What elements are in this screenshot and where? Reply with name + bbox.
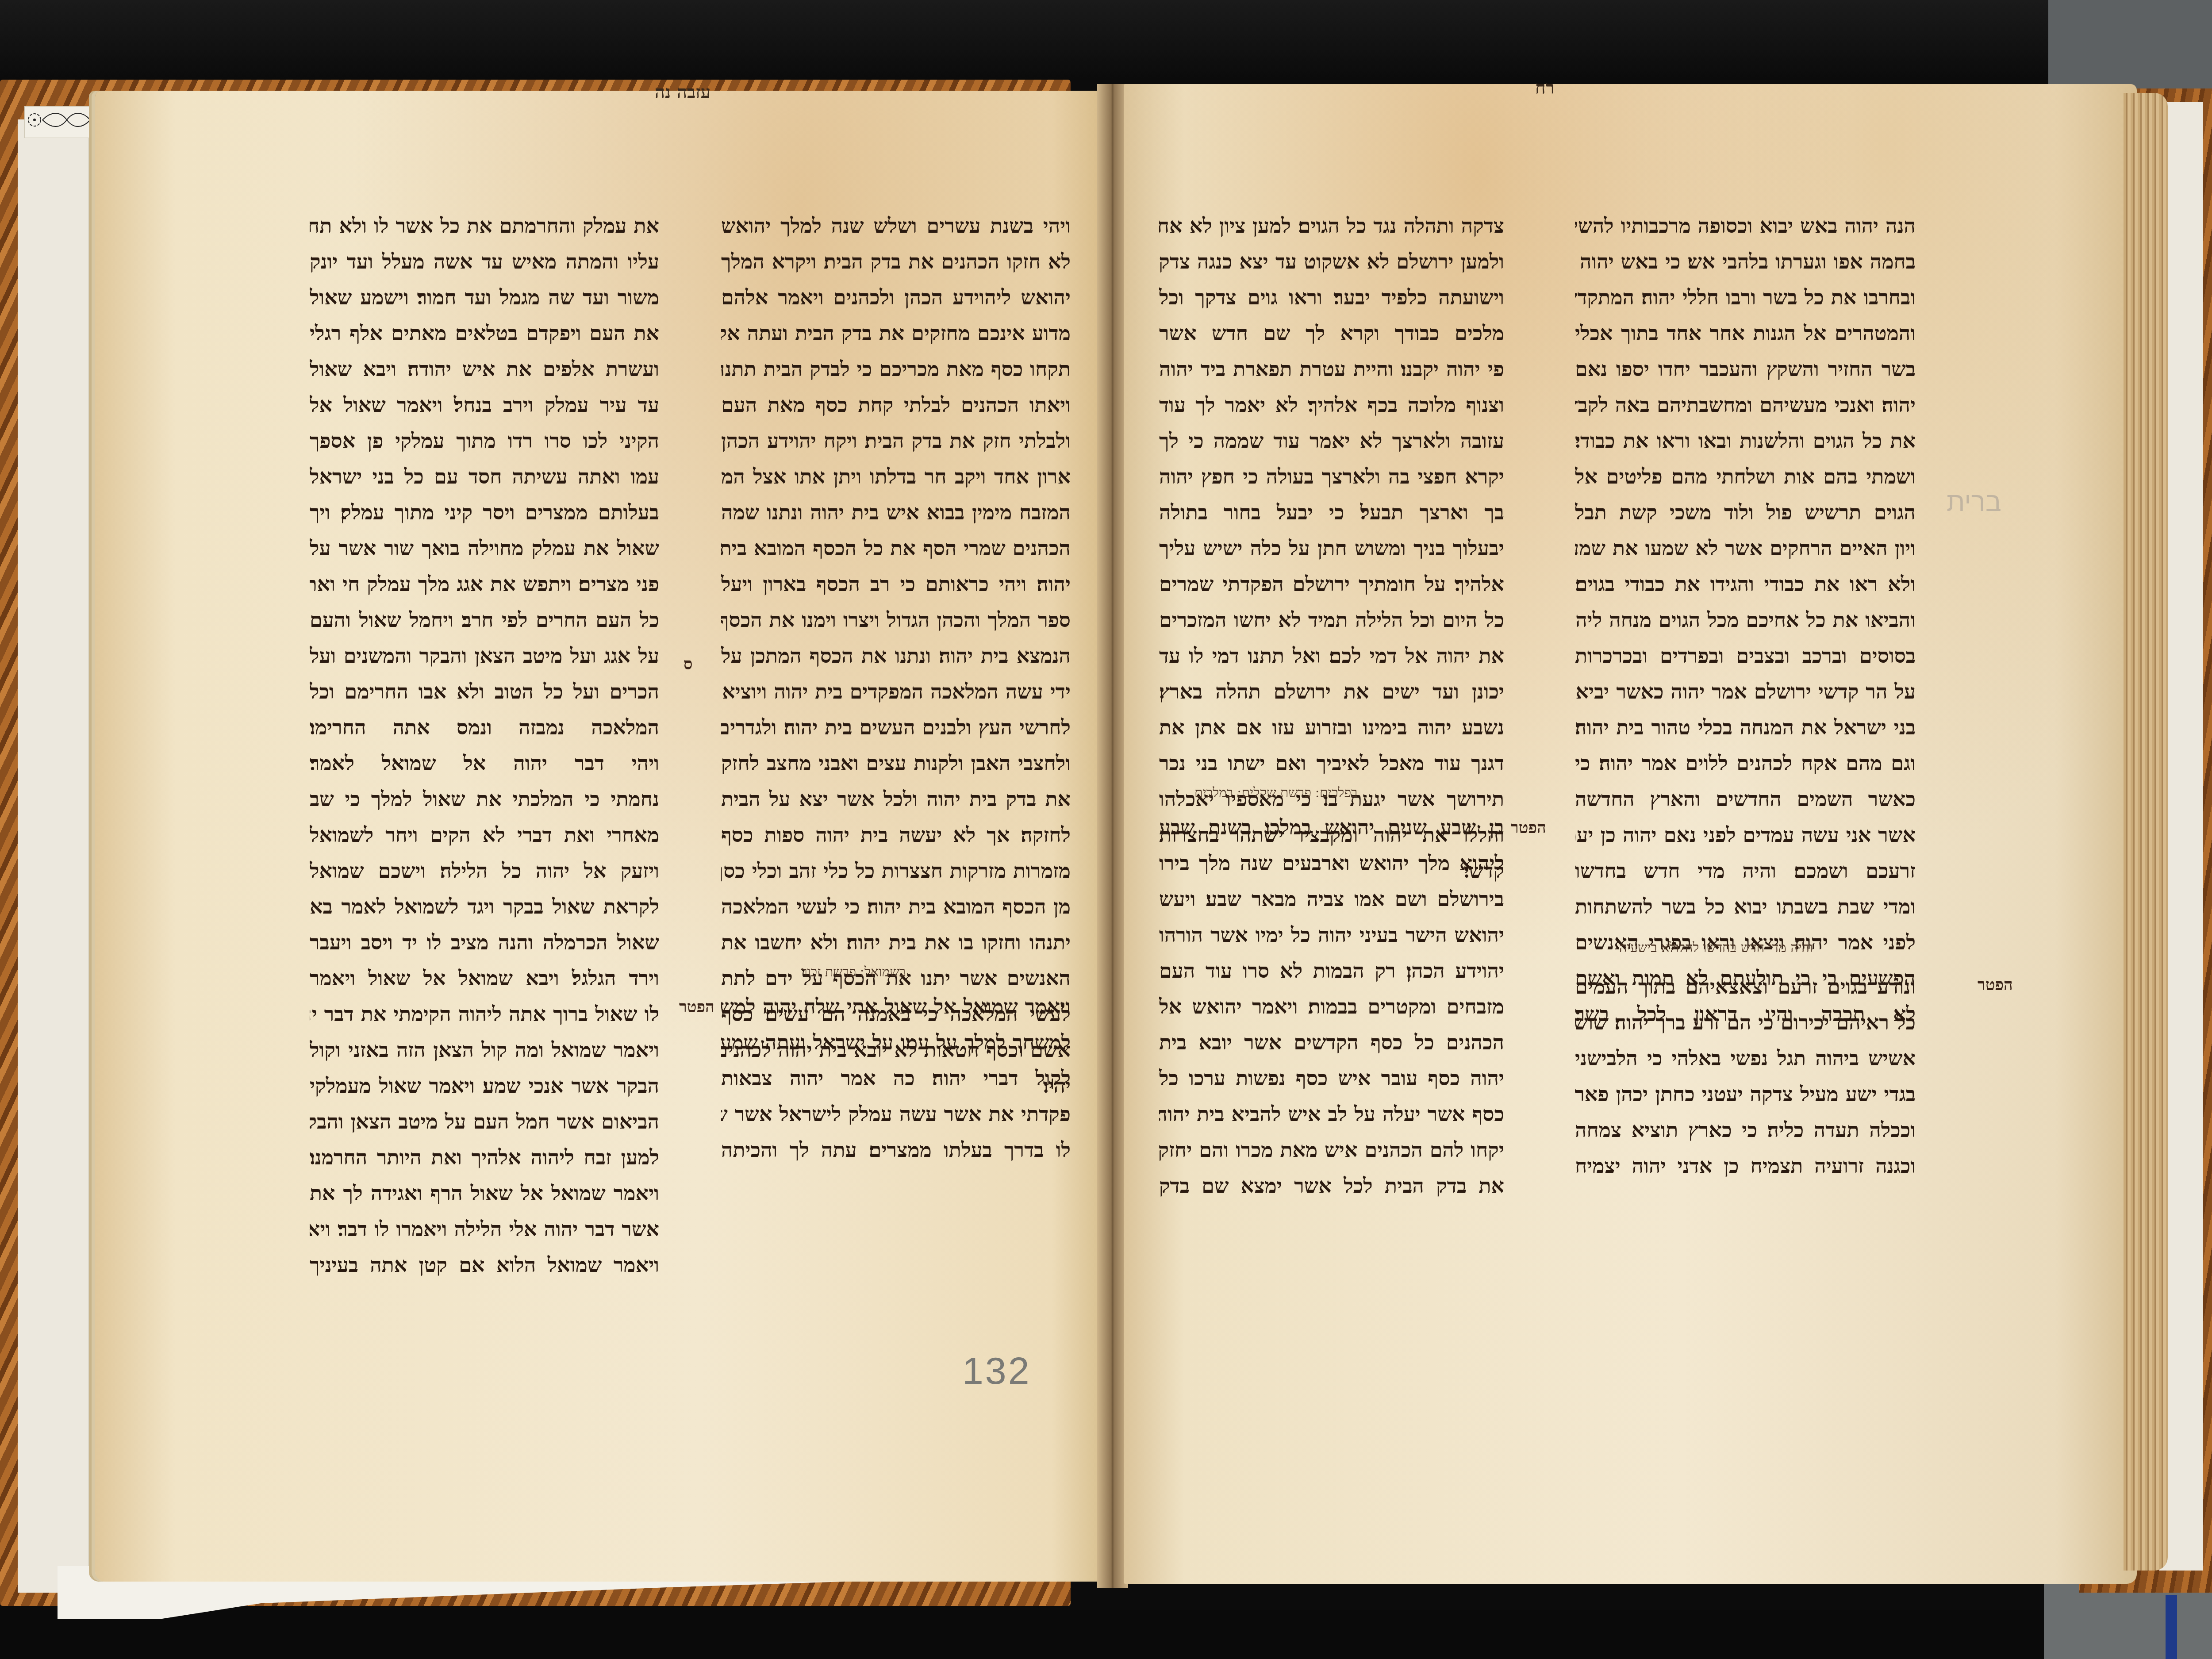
text-line: כל העם החרים לפי חרב׃ ויחמל שאול והעם xyxy=(310,602,659,638)
text-line: כל היום וכל הלילה תמיד לא יחשו המזכרים xyxy=(1159,602,1504,638)
text-line: בעלותם ממצרים ויסר קיני מתוך עמלק׃ ויך xyxy=(310,495,659,530)
text-line: מזבחים ומקטרים בבמות׃ ויאמר יהואש אל xyxy=(1159,989,1504,1025)
text-line: בני ישראל את המנחה בכלי טהור בית יהוה׃ xyxy=(1575,710,1916,745)
margin-note-haftarah-left-page: הפטר xyxy=(679,998,714,1016)
text-line: בסוסים וברכב ובצבים ובפרדים ובכרכרות xyxy=(1575,638,1916,674)
page-fore-edge xyxy=(2124,93,2168,1571)
text-line: יהוידע הכהן׃ רק הבמות לא סרו עוד העם xyxy=(1159,953,1504,989)
text-line: אשיש ביהוה תגל נפשי באלהי כי הלבישני xyxy=(1575,1041,1916,1076)
black-felt-background-top xyxy=(0,0,2212,80)
margin-note-samekh: ס xyxy=(684,655,692,673)
text-line: את עמלק והחרמתם את כל אשר לו ולא תחמל xyxy=(310,208,659,244)
folio-number: 132 xyxy=(962,1349,1031,1393)
text-line: ויאמר שמואל ומה קול הצאן הזה באזני וקול xyxy=(310,1032,659,1068)
black-felt-background-bottom xyxy=(0,1610,2212,1659)
text-line: בך וארצך תבעל׃ כי יבעל בחור בתולה xyxy=(1159,495,1504,530)
text-line: בשר החזיר והשקץ והעכבר יחדו יספו נאם xyxy=(1575,351,1916,387)
margin-note-haftarah-right-page-outer: הפטר xyxy=(1978,975,2013,994)
rubric-haftarah-heading: והיה מדי חדש בחדשו להלולא׃ בישעיה xyxy=(1619,940,1813,956)
blue-marker-tab xyxy=(2166,1595,2177,1659)
text-line: בחמה אפו וגערתו בלהבי אש׃ כי באש יהוה נש… xyxy=(1575,244,1916,280)
text-line: ולבלתי חזק את בדק הבית׃ ויקח יהוידע הכהן xyxy=(721,423,1071,459)
text-line: ויאמר שמואל אל שאול הרף ואגידה לך את xyxy=(310,1175,659,1211)
faint-pencil-mark: ברית xyxy=(1947,487,2001,517)
text-line: מאחרי ואת דברי לא הקים ויחר לשמואל xyxy=(310,817,659,853)
text-line: אשר אני עשה עמדים לפני נאם יהוה כן יעמד xyxy=(1575,817,1916,853)
text-line: וירד הגלגל׃ ויבא שמואל אל שאול ויאמר xyxy=(310,960,659,996)
text-line: שאול הכרמלה והנה מציב לו יד ויסב ויעבר xyxy=(310,925,659,960)
text-line: יהוה׃ ויהי כראותם כי רב הכסף בארון ויעל xyxy=(721,566,1071,602)
text-line: בגדי ישע מעיל צדקה יעטני כחתן יכהן פאר xyxy=(1575,1076,1916,1112)
text-line: ויאתו הכהנים לבלתי קחת כסף מאת העם xyxy=(721,387,1071,423)
text-line: מלכים כבודך וקרא לך שם חדש אשר xyxy=(1159,315,1504,351)
text-line: לו שאול ברוך אתה ליהוה הקימתי את דבר יהו… xyxy=(310,996,659,1032)
text-line: ליהוא מלך יהואש וארבעים שנה מלך בירו xyxy=(1159,845,1504,881)
text-line: הכהנים כל כסף הקדשים אשר יובא בית xyxy=(1159,1025,1504,1060)
text-line: הקיני לכו סרו רדו מתוך עמלקי פן אספך xyxy=(310,423,659,459)
text-line: והביאו את כל אחיכם מכל הגוים מנחה ליהוה xyxy=(1575,602,1916,638)
text-line: ידי עשה המלאכה המפקדים בית יהוה ויוציאהו xyxy=(721,674,1071,710)
text-line: על הר קדשי ירושלם אמר יהוה כאשר יביאו xyxy=(1575,674,1916,710)
text-line: נחמתי כי המלכתי את שאול למלך כי שב xyxy=(310,781,659,817)
text-line: לחרשי העץ ולבנים העשים בית יהוה׃ ולגדרים xyxy=(721,710,1071,745)
margin-note-haftarah-right-page-inner: הפטר xyxy=(1511,818,1546,837)
text-line: וכגנה זרועיה תצמיח כן אדני יהוה יצמיח xyxy=(1575,1148,1916,1184)
text-line: את בדק בית יהוה ולכל אשר יצא על הבית xyxy=(721,781,1071,817)
text-line: הבקר אשר אנכי שמע׃ ויאמר שאול מעמלקי xyxy=(310,1068,659,1104)
guard-paper-left xyxy=(18,119,89,1593)
text-line: ולא ראו את כבודי והגידו את כבודי בגוים׃ xyxy=(1575,566,1916,602)
text-line: יכונן ועד ישים את ירושלם תהלה בארץ׃ xyxy=(1159,674,1504,710)
text-line: על אגג ועל מיטב הצאן והבקר והמשנים ועל xyxy=(310,638,659,674)
text-column-left-page-right-continued: ויאמר שמואל אל שאול אתי שלח יהוה למשח למ… xyxy=(721,989,1071,1168)
text-column-right-page-right: הנה יהוה באש יבוא וכסופה מרכבותיו להשיב … xyxy=(1575,208,1916,1032)
text-line: הביאום אשר חמל העם על מיטב הצאן והבקר xyxy=(310,1104,659,1140)
text-line: למען זבח ליהוה אלהיך ואת היותר החרמנו׃ xyxy=(310,1140,659,1175)
running-head-right: רח xyxy=(1535,77,1554,98)
text-line: הנמצא בית יהוה׃ ונתנו את הכסף המתכן על xyxy=(721,638,1071,674)
text-line: נשבע יהוה בימינו ובזרוע עזו אם אתן את xyxy=(1159,710,1504,745)
rubric-parashat-zakhor: בשמואל ׃ פרשת זכור xyxy=(801,964,906,980)
text-line: בן שבע שנים יהואש במלכו׃ בשנת שבע xyxy=(1159,810,1504,845)
text-line: ויהי דבר יהוה אל שמואל לאמר׃ xyxy=(310,745,659,781)
text-line: ונודע בגוים זרעם וצאצאיהם בתוך העמים xyxy=(1575,969,1916,1005)
text-line: הגוים תרשיש פול ולוד משכי קשת תבל xyxy=(1575,495,1916,530)
text-line: וככלה תעדה כליה׃ כי כארץ תוציא צמחה xyxy=(1575,1112,1916,1148)
text-line: ויון האיים הרחקים אשר לא שמעו את שמעי xyxy=(1575,530,1916,566)
text-line: ולמען ירושלם לא אשקוט עד יצא כנגה צדקה xyxy=(1159,244,1504,280)
text-line: מזמרות מזרקות חצצרות כל כלי זהב וכלי כסף xyxy=(721,853,1071,889)
text-line: פקדתי את אשר עשה עמלק לישראל אשר שם xyxy=(721,1096,1071,1132)
text-line: וצנוף מלוכה בכף אלהיך׃ לא יאמר לך עוד xyxy=(1159,387,1504,423)
decorative-label xyxy=(24,106,96,138)
text-line: יקרא חפצי בה ולארצך בעולה כי חפץ יהוה xyxy=(1159,459,1504,495)
text-line: אשר דבר יהוה אלי הלילה ויאמרו לו דבר׃ וי… xyxy=(310,1211,659,1247)
text-line: ויהי בשנת עשרים ושלש שנה למלך יהואש xyxy=(721,208,1071,244)
text-line: את העם ויפקדם בטלאים מאתים אלף רגלי xyxy=(310,315,659,351)
text-line: עד עיר עמלק וירב בנחל׃ ויאמר שאול אל xyxy=(310,387,659,423)
text-line: זרעכם ושמכם׃ והיה מדי חדש בחדשו xyxy=(1575,853,1916,889)
text-line: ובחרבו את כל בשר ורבו חללי יהוה׃ המתקדשי… xyxy=(1575,280,1916,315)
text-line: ויאמר שמואל הלוא אם קטן אתה בעיניך xyxy=(310,1247,659,1283)
text-line: לו בדרך בעלתו ממצרים׃ עתה לך והכיתה xyxy=(721,1132,1071,1168)
text-line: דגנך עוד מאכל לאיביך ואם ישתו בני נכר xyxy=(1159,745,1504,781)
text-line: והמטהרים אל הגנות אחר אחד בתוך אכלי xyxy=(1575,315,1916,351)
grey-support-bottom-right xyxy=(2044,1584,2212,1659)
text-line: משור ועד שה מגמל ועד חמור׃ וישמע שאול xyxy=(310,280,659,315)
text-line: ולחצבי האבן ולקנות עצים ואבני מחצב לחזק xyxy=(721,745,1071,781)
text-line: את בדק הבית לכל אשר ימצא שם בדק xyxy=(1159,1168,1504,1204)
text-line: יתנהו וחזקו בו את בית יהוה׃ ולא יחשבו את xyxy=(721,925,1071,960)
text-line: וגם מהם אקח לכהנים ללוים אמר יהוה׃ כי xyxy=(1575,745,1916,781)
text-line: יהואש הישר בעיני יהוה כל ימיו אשר הורהו xyxy=(1159,917,1504,953)
rubric-parashat-shekalim: בפלכים ׃ פרשת שקלים ׃ במלכים xyxy=(1194,785,1358,801)
text-line: פני מצרים׃ ויתפש את אגג מלך עמלק חי ואת xyxy=(310,566,659,602)
text-column-right-page-left-continued: בן שבע שנים יהואש במלכו׃ בשנת שבע ליהוא … xyxy=(1159,810,1504,1204)
text-line: כל ראיהם יכירום כי הם זרע ברך יהוה׃ שוש xyxy=(1575,1005,1916,1041)
text-line: תקחו כסף מאת מכריכם כי לבדק הבית תתנהו׃ xyxy=(721,351,1071,387)
text-line: כאשר השמים החדשים והארץ החדשה xyxy=(1575,781,1916,817)
running-head-left: עזבה נה xyxy=(655,82,710,103)
text-line: לחזקה׃ אך לא יעשה בית יהוה ספות כסף xyxy=(721,817,1071,853)
text-line: הכרים ועל כל הטוב ולא אבו החרימם וכל xyxy=(310,674,659,710)
text-line: יהוה כסף עובר איש כסף נפשות ערכו כל xyxy=(1159,1060,1504,1096)
text-line: יהואש ליהוידע הכהן ולכהנים ויאמר אלהם xyxy=(721,280,1071,315)
text-line: ויזעק אל יהוה כל הלילה׃ וישכם שמואל xyxy=(310,853,659,889)
text-line: מן הכסף המובא בית יהוה׃ כי לעשי המלאכה xyxy=(721,889,1071,925)
text-line: למשחך למלך על עמו על ישראל ועתה שמע xyxy=(721,1025,1071,1060)
text-line: בירושלם ושם אמו צביה מבאר שבע׃ ויעש xyxy=(1159,881,1504,917)
text-line: לא חזקו הכהנים את בדק הבית׃ ויקרא המלך xyxy=(721,244,1071,280)
text-line: שאול את עמלק מחוילה בואך שור אשר על xyxy=(310,530,659,566)
text-line: הנה יהוה באש יבוא וכסופה מרכבותיו להשיב xyxy=(1575,208,1916,244)
text-line: צדקה ותהלה נגד כל הגוים׃ למען ציון לא אח… xyxy=(1159,208,1504,244)
rope-ornament-icon xyxy=(25,107,91,133)
text-line: כסף אשר יעלה על לב איש להביא בית יהוה׃ xyxy=(1159,1096,1504,1132)
text-line: לקול דברי יהוה׃ כה אמר יהוה צבאות xyxy=(721,1060,1071,1096)
text-column-right-page-right-continued: ונודע בגוים זרעם וצאצאיהם בתוך העמים כל … xyxy=(1575,969,1916,1184)
text-line: ויאמר שמואל אל שאול אתי שלח יהוה למשח xyxy=(721,989,1071,1025)
text-line: לקראת שאול בבקר ויגד לשמואל לאמר בא xyxy=(310,889,659,925)
text-line: ארון אחד ויקב חר בדלתו ויתן אתו אצל המ xyxy=(721,459,1071,495)
text-line: את כל הגוים והלשנות ובאו וראו את כבודי׃ xyxy=(1575,423,1916,459)
text-line: ספר המלך והכהן הגדול ויצרו וימנו את הכסף xyxy=(721,602,1071,638)
text-line: את יהוה אל דמי לכם׃ ואל תתנו דמי לו עד xyxy=(1159,638,1504,674)
grey-support-top-right xyxy=(2048,0,2212,88)
text-line: עליו והמתה מאיש עד אשה מעלל ועד יונק xyxy=(310,244,659,280)
text-line: עמו ואתה עשיתה חסד עם כל בני ישראל xyxy=(310,459,659,495)
text-line: ומדי שבת בשבתו יבוא כל בשר להשתחות xyxy=(1575,889,1916,925)
text-line: אלהיך׃ על חומתיך ירושלם הפקדתי שמרים xyxy=(1159,566,1504,602)
text-line: מדוע אינכם מחזקים את בדק הבית ועתה אל xyxy=(721,315,1071,351)
text-line: ועשרת אלפים את איש יהודה׃ ויבא שאול xyxy=(310,351,659,387)
text-line: הכהנים שמרי הסף את כל הכסף המובא בית xyxy=(721,530,1071,566)
text-line: יבעלוך בניך ומשוש חתן על כלה ישיש עליך xyxy=(1159,530,1504,566)
text-line: ושמתי בהם אות ושלחתי מהם פליטים אל xyxy=(1575,459,1916,495)
text-column-left-page-left: את עמלק והחרמתם את כל אשר לו ולא תחמל על… xyxy=(310,208,659,1283)
text-line: יקחו להם הכהנים איש מאת מכרו והם יחזקו xyxy=(1159,1132,1504,1168)
text-line: המזבח מימין בבוא איש בית יהוה ונתנו שמה xyxy=(721,495,1071,530)
text-line: פי יהוה יקבנו׃ והיית עטרת תפארת ביד יהוה xyxy=(1159,351,1504,387)
text-line: עזובה ולארצך לא יאמר עוד שממה כי לך xyxy=(1159,423,1504,459)
text-line: יהוה׃ ואנכי מעשיהם ומחשבתיהם באה לקבץ xyxy=(1575,387,1916,423)
text-line: המלאכה נמבזה ונמס אתה החרימו׃ xyxy=(310,710,659,745)
text-line: וישועתה כלפיד יבער׃ וראו גוים צדקך וכל xyxy=(1159,280,1504,315)
